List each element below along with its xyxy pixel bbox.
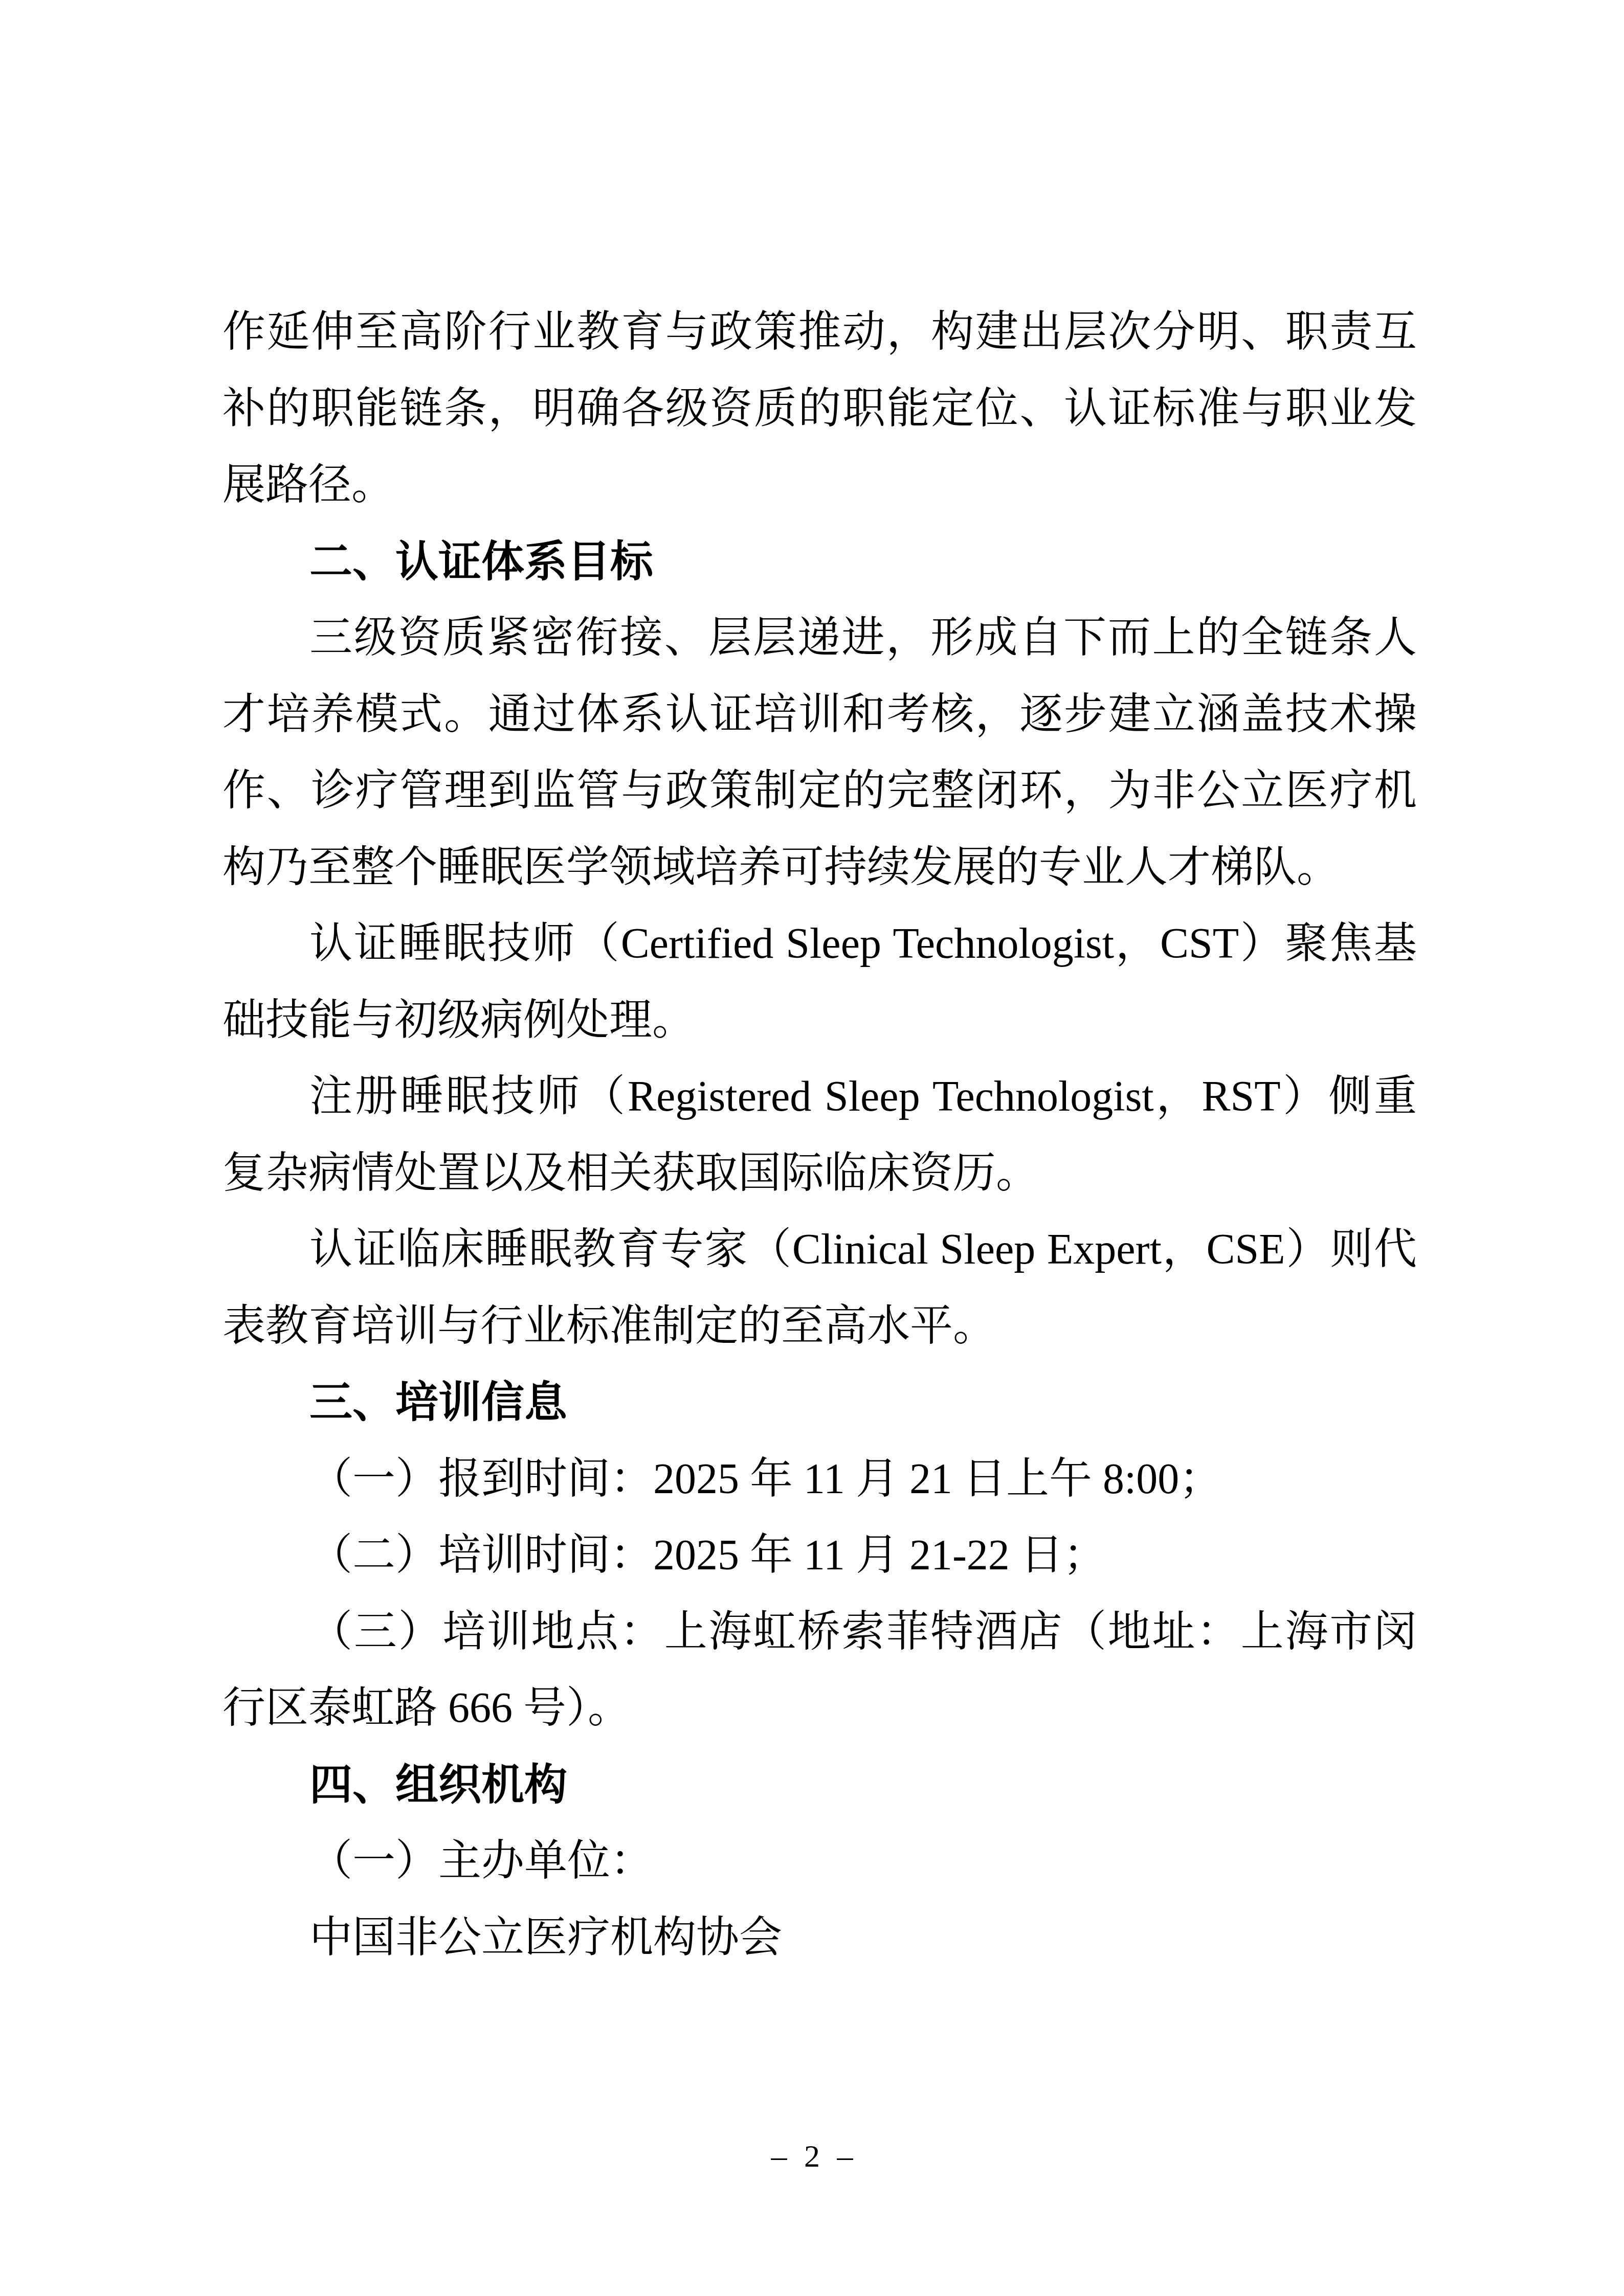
document-body: 作延伸至高阶行业教育与政策推动，构建出层次分明、职责互 补的职能链条，明确各级资…	[223, 294, 1417, 1976]
text-line: 础技能与初级病例处理。	[223, 982, 1417, 1059]
text-line: （三）培训地点：上海虹桥索菲特酒店（地址：上海市闵	[223, 1594, 1417, 1671]
text-line: 认证睡眠技师（Certified Sleep Technologist，CST）…	[223, 906, 1417, 982]
text-line: （一）报到时间：2025 年 11 月 21 日上午 8:00；	[223, 1441, 1417, 1518]
section-heading: 三、培训信息	[223, 1364, 1417, 1441]
text-line: 展路径。	[223, 447, 1417, 524]
text-line: （二）培训时间：2025 年 11 月 21-22 日；	[223, 1517, 1417, 1594]
text-line: 注册睡眠技师（Registered Sleep Technologist，RST…	[223, 1059, 1417, 1135]
text-line: 中国非公立医疗机构协会	[223, 1900, 1417, 1976]
section-heading: 二、认证体系目标	[223, 524, 1417, 600]
text-line: 构乃至整个睡眠医学领域培养可持续发展的专业人才梯队。	[223, 829, 1417, 906]
text-line: 补的职能链条，明确各级资质的职能定位、认证标准与职业发	[223, 371, 1417, 447]
text-line: 复杂病情处置以及相关获取国际临床资历。	[223, 1135, 1417, 1212]
text-line: 才培养模式。通过体系认证培训和考核，逐步建立涵盖技术操	[223, 677, 1417, 753]
text-line: （一）主办单位：	[223, 1823, 1417, 1900]
section-heading: 四、组织机构	[223, 1747, 1417, 1824]
text-line: 行区泰虹路 666 号）。	[223, 1670, 1417, 1747]
text-line: 表教育培训与行业标准制定的至高水平。	[223, 1288, 1417, 1365]
text-line: 作延伸至高阶行业教育与政策推动，构建出层次分明、职责互	[223, 294, 1417, 371]
text-line: 认证临床睡眠教育专家（Clinical Sleep Expert，CSE）则代	[223, 1211, 1417, 1288]
text-line: 三级资质紧密衔接、层层递进，形成自下而上的全链条人	[223, 600, 1417, 677]
page-number: – 2 –	[0, 2137, 1624, 2175]
text-line: 作、诊疗管理到监管与政策制定的完整闭环，为非公立医疗机	[223, 753, 1417, 829]
document-page: 作延伸至高阶行业教育与政策推动，构建出层次分明、职责互 补的职能链条，明确各级资…	[0, 0, 1624, 2296]
